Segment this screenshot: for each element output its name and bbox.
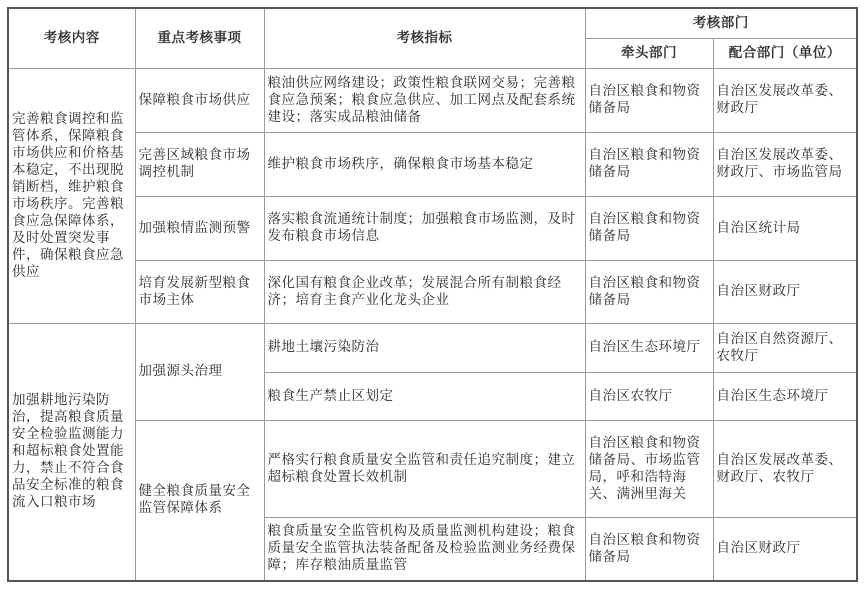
key-item: 保障粮食市场供应 [135, 68, 264, 132]
indicator: 严格实行粮食质量安全监管和责任追究制度；建立超标粮食处置长效机制 [264, 420, 585, 517]
indicator: 耕地土壤污染防治 [264, 323, 585, 372]
lead-department: 自治区粮食和物资储备局、市场监管局，呼和浩特海关、满洲里海关 [585, 420, 713, 517]
indicator: 落实粮食流通统计制度；加强粮食市场监测，及时发布粮食市场信息 [264, 196, 585, 260]
cooperating-department: 自治区统计局 [713, 196, 857, 260]
lead-department: 自治区粮食和物资储备局 [585, 196, 713, 260]
indicator: 深化国有粮食企业改革；发展混合所有制粮食经济；培育主食产业化龙头企业 [264, 260, 585, 323]
lead-department: 自治区生态环境厅 [585, 323, 713, 372]
indicator: 粮食生产禁止区划定 [264, 372, 585, 420]
key-item: 培育发展新型粮食市场主体 [135, 260, 264, 323]
cooperating-department: 自治区自然资源厅、农牧厅 [713, 323, 857, 372]
header-indicators: 考核指标 [264, 8, 585, 68]
lead-department: 自治区粮食和物资储备局 [585, 68, 713, 132]
cooperating-department: 自治区财政厅 [713, 260, 857, 323]
table-row: 完善区域粮食市场调控机制 维护粮食市场秩序，确保粮食市场基本稳定 自治区粮食和物… [8, 132, 857, 196]
cooperating-department: 自治区发展改革委、财政厅、市场监管局 [713, 132, 857, 196]
lead-department: 自治区粮食和物资储备局 [585, 260, 713, 323]
table-row: 培育发展新型粮食市场主体 深化国有粮食企业改革；发展混合所有制粮食经济；培育主食… [8, 260, 857, 323]
table-row: 完善粮食调控和监管体系，保障粮食市场供应和价格基本稳定，不出现脱销断档，维护粮食… [8, 68, 857, 132]
lead-department: 自治区农牧厅 [585, 372, 713, 420]
key-item: 完善区域粮食市场调控机制 [135, 132, 264, 196]
cooperating-department: 自治区发展改革委、财政厅、农牧厅 [713, 420, 857, 517]
header-lead-department: 牵头部门 [585, 38, 713, 68]
table-row: 健全粮食质量安全监管保障体系 严格实行粮食质量安全监管和责任追究制度；建立超标粮… [8, 420, 857, 517]
lead-department: 自治区粮食和物资储备局 [585, 132, 713, 196]
table-row: 加强耕地污染防治，提高粮食质量安全检验监测能力和超标粮食处置能力，禁止不符合食品… [8, 323, 857, 372]
assessment-content: 加强耕地污染防治，提高粮食质量安全检验监测能力和超标粮食处置能力，禁止不符合食品… [8, 323, 135, 581]
assessment-table: 考核内容 重点考核事项 考核指标 考核部门 牵头部门 配合部门（单位） 完善粮食… [7, 7, 858, 582]
indicator: 粮食质量安全监管机构及质量监测机构建设；粮食质量安全监管执法装备配备及检验监测业… [264, 517, 585, 581]
table-row: 加强粮情监测预警 落实粮食流通统计制度；加强粮食市场监测，及时发布粮食市场信息 … [8, 196, 857, 260]
header-cooperating-department: 配合部门（单位） [713, 38, 857, 68]
header-key-items: 重点考核事项 [135, 8, 264, 68]
key-item: 健全粮食质量安全监管保障体系 [135, 420, 264, 581]
indicator: 粮油供应网络建设；政策性粮食联网交易；完善粮食应急预案；粮食应急供应、加工网点及… [264, 68, 585, 132]
key-item: 加强源头治理 [135, 323, 264, 420]
lead-department: 自治区粮食和物资储备局 [585, 517, 713, 581]
cooperating-department: 自治区生态环境厅 [713, 372, 857, 420]
cooperating-department: 自治区发展改革委、财政厅 [713, 68, 857, 132]
key-item: 加强粮情监测预警 [135, 196, 264, 260]
assessment-content: 完善粮食调控和监管体系，保障粮食市场供应和价格基本稳定，不出现脱销断档，维护粮食… [8, 68, 135, 323]
header-content: 考核内容 [8, 8, 135, 68]
indicator: 维护粮食市场秩序，确保粮食市场基本稳定 [264, 132, 585, 196]
cooperating-department: 自治区财政厅 [713, 517, 857, 581]
header-departments: 考核部门 [585, 8, 857, 38]
